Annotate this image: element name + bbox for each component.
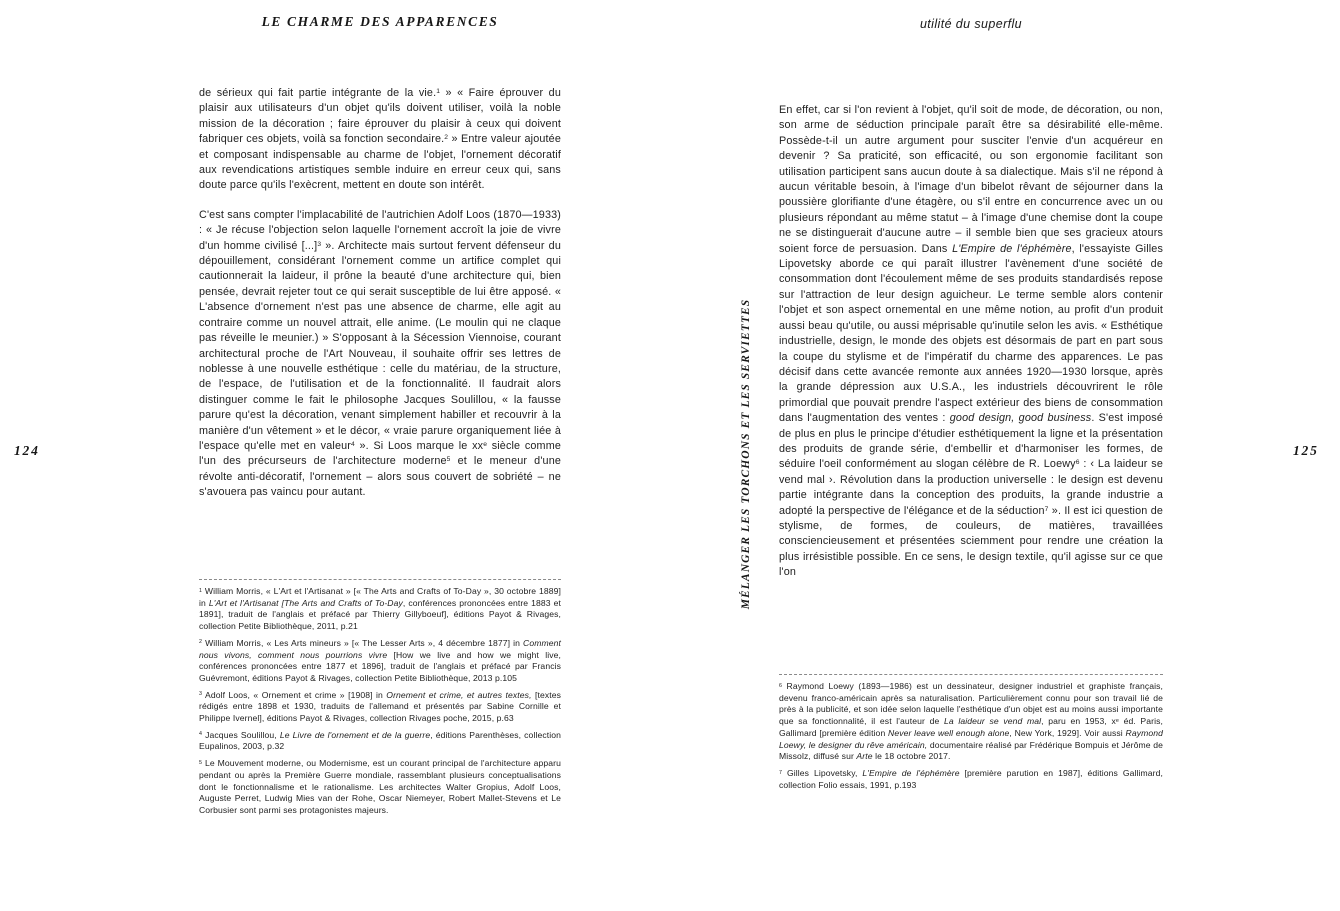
- text-run: L'Empire de l'éphémère: [952, 243, 1072, 255]
- paragraph: C'est sans compter l'implacabilité de l'…: [199, 208, 561, 501]
- book-spread: LE CHARME DES APPARENCES utilité du supe…: [0, 0, 1340, 911]
- footnote-marker: 1: [436, 88, 440, 95]
- footnote-marker: 6: [779, 683, 782, 689]
- paragraph: de sérieux qui fait partie intégrante de…: [199, 86, 561, 194]
- paragraph: 3 Adolf Loos, « Ornement et crime » [190…: [199, 690, 561, 725]
- paragraph: 7 Gilles Lipovetsky, L'Empire de l'éphém…: [779, 768, 1163, 791]
- left-page-footnotes: 1 William Morris, « L'Art et l'Artisanat…: [199, 586, 561, 822]
- right-page-number: 125: [1293, 443, 1319, 459]
- text-run: En effet, car si l'on revient à l'objet,…: [779, 104, 1163, 255]
- footnote-marker: 7: [1045, 506, 1049, 513]
- text-run: , l'essayiste Gilles Lipovetsky aborde c…: [779, 243, 1163, 424]
- text-run: William Morris, « Les Arts mineurs » [« …: [202, 638, 523, 648]
- footnote-marker: 3: [317, 241, 321, 248]
- spine-chapter-title: MÉLANGER LES TORCHONS ET LES SERVIETTES: [740, 292, 752, 616]
- text-run: Jacques Soulillou,: [202, 730, 280, 740]
- footnote-marker: 2: [444, 134, 448, 141]
- paragraph: En effet, car si l'on revient à l'objet,…: [779, 103, 1163, 581]
- text-run: Arte: [856, 751, 872, 761]
- text-run: good design, good business: [950, 412, 1092, 424]
- text-run: , paru en 1953, x: [1041, 716, 1116, 726]
- left-page-number: 124: [14, 443, 40, 459]
- text-run: de sérieux qui fait partie intégrante de…: [199, 87, 436, 99]
- text-run: Gilles Lipovetsky,: [782, 768, 862, 778]
- text-run: Ornement et crime, et autres textes,: [386, 690, 531, 700]
- text-run: La laideur se vend mal: [944, 716, 1041, 726]
- paragraph: 4 Jacques Soulillou, Le Livre de l'ornem…: [199, 730, 561, 753]
- text-run: Adolf Loos, « Ornement et crime » [1908]…: [202, 690, 386, 700]
- text-run: ». Si Loos marque le xx: [355, 440, 483, 452]
- footnote-marker: 3: [199, 691, 202, 697]
- footnote-marker: e: [1116, 718, 1119, 724]
- footnote-marker: 4: [351, 441, 355, 448]
- right-page-body: En effet, car si l'on revient à l'objet,…: [779, 103, 1163, 669]
- text-run: , New York, 1929]. Voir aussi: [1009, 728, 1125, 738]
- footnote-marker: 4: [199, 731, 202, 737]
- paragraph: 2 William Morris, « Les Arts mineurs » […: [199, 638, 561, 685]
- paragraph: 1 William Morris, « L'Art et l'Artisanat…: [199, 586, 561, 633]
- left-running-head: LE CHARME DES APPARENCES: [199, 14, 561, 30]
- footnote-marker: 6: [1076, 459, 1080, 466]
- text-run: L'Empire de l'éphémère: [862, 768, 959, 778]
- footnote-marker: 7: [779, 770, 782, 776]
- right-footnote-rule: [779, 674, 1163, 675]
- footnote-marker: 5: [199, 760, 202, 766]
- text-run: le 18 octobre 2017.: [873, 751, 951, 761]
- left-page-body: de sérieux qui fait partie intégrante de…: [199, 86, 561, 578]
- text-run: ». Architecte mais surtout fervent défen…: [199, 240, 561, 452]
- text-run: L'Art et l'Artisanat [The Arts and Craft…: [209, 598, 403, 608]
- text-run: Le Livre de l'ornement et de la guerre: [280, 730, 430, 740]
- footnote-marker: 5: [447, 456, 451, 463]
- left-footnote-rule: [199, 579, 561, 580]
- paragraph: 5 Le Mouvement moderne, ou Modernisme, e…: [199, 758, 561, 817]
- footnote-marker: 1: [199, 588, 202, 594]
- text-run: Never leave well enough alone: [888, 728, 1009, 738]
- right-page-footnotes: 6 Raymond Loewy (1893—1986) est un dessi…: [779, 681, 1163, 796]
- paragraph: 6 Raymond Loewy (1893—1986) est un dessi…: [779, 681, 1163, 763]
- footnote-marker: e: [483, 441, 487, 448]
- footnote-marker: 2: [199, 639, 202, 645]
- text-run: Le Mouvement moderne, ou Modernisme, est…: [199, 758, 561, 815]
- right-running-head: utilité du superflu: [779, 17, 1163, 31]
